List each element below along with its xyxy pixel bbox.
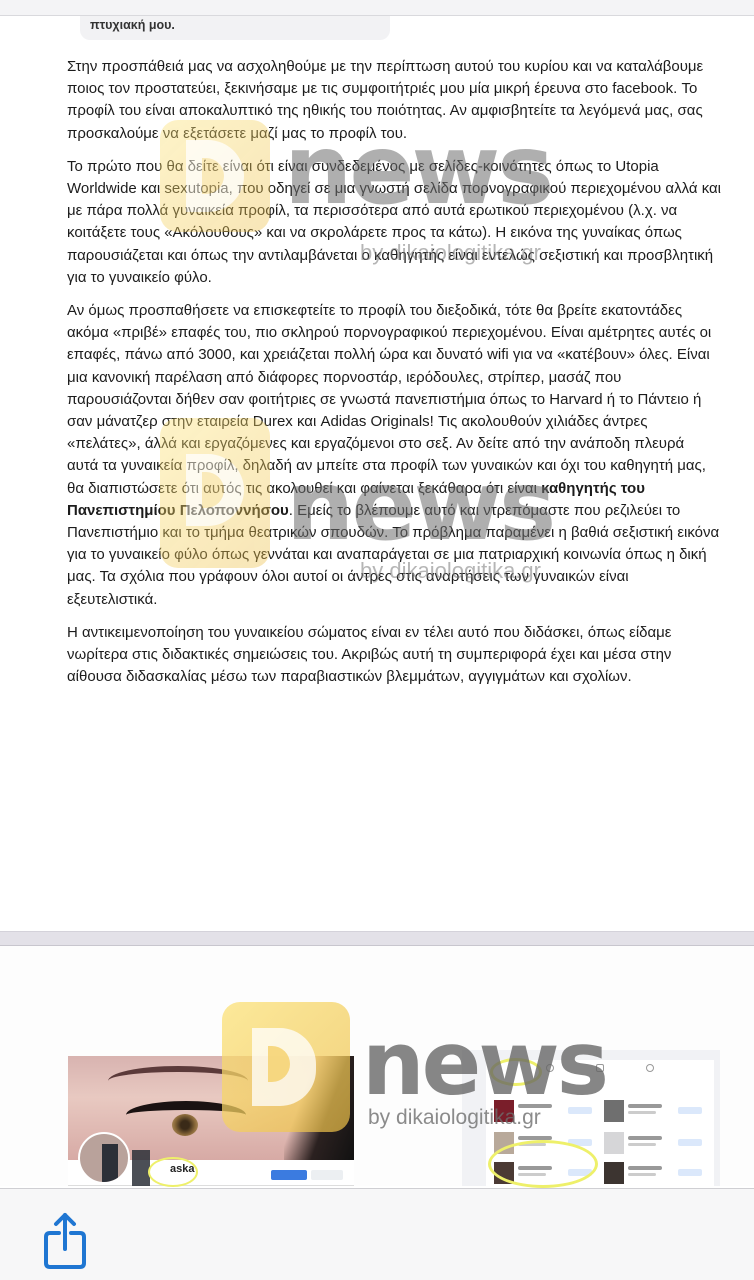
article-line: Το πρώτο που θα δείτε είναι ότι είναι συ… [67, 156, 754, 178]
highlight-ellipse [488, 1140, 598, 1188]
tab-icon [646, 1064, 654, 1072]
article-bold-text: καθηγητής του [541, 480, 645, 497]
article-line: μας. Τα σχόλια που γράφουν όλοι αυτοί οι… [67, 566, 754, 588]
article-text: . Εμείς το βλέπουμε αυτό και ντρεπόμαστε… [289, 502, 680, 519]
article-line: Πανεπιστήμιο και το τμήμα θεατρικών σπου… [67, 522, 754, 544]
article-line: ακόμα «πριβέ» επαφές του, πιο σκληρού πο… [67, 322, 754, 344]
article-line: προφίλ του είναι αποκαλυπτικό της ηθικής… [67, 100, 754, 122]
article-line: Worldwide και sexutopia, που οδηγεί σε μ… [67, 178, 754, 200]
follow-button [271, 1170, 307, 1180]
article-line: σαν μάνατζερ στην εταιρεία Durex και Adi… [67, 411, 754, 433]
previous-quote-text: πτυχιακή μου. [90, 18, 175, 32]
article-body: Στην προσπάθειά μας να ασχοληθούμε με τη… [67, 56, 754, 699]
message-button [311, 1170, 343, 1180]
previous-section-strip [0, 0, 754, 16]
article-line: αίθουσα διδασκαλίας μέσω των παραβιαστικ… [67, 666, 754, 688]
highlight-ellipse [148, 1157, 198, 1187]
article-bold-text: Πανεπιστημίου Πελοποννήσου [67, 502, 289, 519]
article-text: θα διαπιστώσετε ότι αυτός τις ακολουθεί … [67, 480, 541, 497]
list-item [604, 1132, 714, 1156]
tab-icon [546, 1064, 554, 1072]
article-line: για το γυναικείο φύλο όπως γεννάται και … [67, 544, 754, 566]
profile-avatar [78, 1132, 130, 1184]
article-paragraph: Στην προσπάθειά μας να ασχοληθούμε με τη… [67, 56, 754, 145]
article-line-with-bold: Πανεπιστημίου Πελοποννήσου. Εμείς το βλέ… [67, 500, 754, 522]
article-line: νωρίτερα στις διδακτικές σημειώσεις του.… [67, 644, 754, 666]
article-paragraph: Η αντικειμενοποίηση του γυναικείου σώματ… [67, 622, 754, 689]
previous-quote-box: πτυχιακή μου. [80, 16, 390, 40]
article-line: προσκαλούμε να εξετάσετε μαζί μας το προ… [67, 123, 754, 145]
article-line: παρουσιάζονται δήθεν σαν φοιτήτριες σε γ… [67, 389, 754, 411]
section-separator [0, 931, 754, 946]
article-line: για το γυναικείο φύλο. [67, 267, 754, 289]
tab-icon [596, 1064, 604, 1072]
article-line: επαφές, πάνω από 3000, και χρειάζεται πο… [67, 344, 754, 366]
article-paragraph: Αν όμως προσπαθήσετε να επισκεφτείτε το … [67, 300, 754, 611]
share-button[interactable] [40, 1211, 94, 1269]
article-line: εξευτελιστικά. [67, 589, 754, 611]
article-line: Στην προσπάθειά μας να ασχοληθούμε με τη… [67, 56, 754, 78]
article-line: ποιος τον προστατεύει, ξεκινήσαμε με τις… [67, 78, 754, 100]
article-line-with-bold: θα διαπιστώσετε ότι αυτός τις ακολουθεί … [67, 478, 754, 500]
article-line: μια κανονική παρέλαση από διάφορες πορνο… [67, 367, 754, 389]
list-item [604, 1100, 714, 1124]
article-line: Η αντικειμενοποίηση του γυναικείου σώματ… [67, 622, 754, 644]
bottom-toolbar [0, 1188, 754, 1280]
article-line: αυτά τα γυναικεία προφίλ, δηλαδή αν μπεί… [67, 455, 754, 477]
list-item [604, 1162, 714, 1186]
article-line: με πάρα πολλά γυναικεία προφίλ, τα περισ… [67, 200, 754, 222]
article-line: παρουσιάζεται και όπως την αντιλαμβάνετα… [67, 245, 754, 267]
share-icon [40, 1211, 94, 1269]
highlight-ellipse [490, 1058, 542, 1086]
article-line: «πελάτες», άλλά και εργαζόμενες και εργα… [67, 433, 754, 455]
censor-bar [102, 1144, 118, 1184]
article-line: κοιτάξετε τους «Ακόλουθους» και να σκρολ… [67, 222, 754, 244]
article-paragraph: Το πρώτο που θα δείτε είναι ότι είναι συ… [67, 156, 754, 289]
censor-bar [132, 1150, 150, 1186]
article-line: Αν όμως προσπαθήσετε να επισκεφτείτε το … [67, 300, 754, 322]
list-item [494, 1100, 604, 1124]
